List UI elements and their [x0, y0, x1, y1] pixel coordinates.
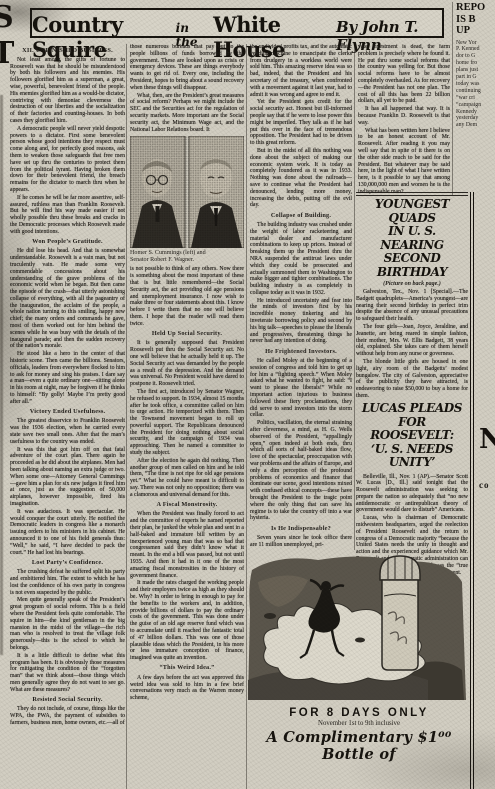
article-paragraph: After the election he again did nothing.… [130, 458, 244, 499]
section-heading: Is He Indispensable? [250, 526, 352, 533]
clipped-report-article: REPO IS B UP New Yor P. Kenned dor to G … [456, 2, 495, 196]
article-paragraph: the undivided profits tax, and the autom… [250, 44, 352, 98]
ad-headline: FOR 8 DAYS ONLY [248, 707, 470, 719]
article-column-3: the undivided profits tax, and the autom… [250, 44, 352, 550]
two-portraits-illustration [130, 136, 244, 248]
article-column-1: XII. UNFINISHED BUSINESS.Not least among… [10, 44, 125, 789]
article-paragraph: The greatest disservice to Franklin Roos… [10, 418, 125, 445]
section-heading: Resisted Social Security. [10, 697, 125, 704]
section-heading: Won People’s Gratitude. [10, 239, 125, 246]
scan-fold-streak [0, 95, 3, 655]
article-paragraph: But in the midst of all this nothing was… [250, 148, 352, 209]
article-masthead-box: Country Squire in the White House By Joh… [30, 8, 444, 38]
section-heading: Lost Party’s Confidence. [10, 560, 125, 567]
column-rule-1 [126, 44, 127, 789]
article-paragraph: It was audacious. It was spectacular. He… [10, 509, 125, 557]
section-heading: Collapse of Building. [250, 213, 352, 220]
clipped-ad-letter: N [479, 424, 495, 455]
column-rule-2 [246, 44, 247, 789]
article-paragraph: When the President was finally forced to… [130, 511, 244, 579]
article-paragraph: It is generally supposed that President … [130, 340, 244, 388]
section-heading: XII. UNFINISHED BUSINESS. [10, 48, 125, 55]
article-column-2-bottom: is not possible to think of any others. … [130, 266, 244, 702]
ad-subline: November 1st to 9th inclusive [248, 720, 470, 727]
section-heading: He Frightened Investors. [250, 349, 352, 356]
portraits-photo [130, 136, 244, 248]
quads-article: YOUNGEST QUADS IN U. S. NEARING SECOND B… [356, 198, 468, 401]
article-paragraph: It was this that got him off on that fat… [10, 447, 125, 508]
article-paragraph: What, then, are the President’s great me… [130, 93, 244, 134]
article-paragraph: The four girls—Joan, Joyce, Jeraldine, a… [356, 324, 468, 358]
article-paragraph: It has all happened that way. It is beca… [358, 106, 450, 126]
newspaper-page: S T Country Squire in the White House By… [0, 0, 495, 789]
article-paragraph: The blonde little girls are housed in on… [356, 359, 468, 400]
article-paragraph: It is a little difficult to define what … [10, 653, 125, 694]
article-paragraph: Seven years since he took office there a… [250, 535, 352, 549]
article-paragraph: He introduced uncertainty and fear into … [250, 298, 352, 346]
clipped-right-ad-box: N co [470, 192, 495, 789]
article-paragraph: Men quite generally speak of the Preside… [10, 597, 125, 651]
article-column-2: those numerous bureaus that pay out to t… [130, 44, 244, 789]
article-paragraph: The first act, introduced by Senator Wag… [130, 389, 244, 457]
lucas-headline: LUCAS PLEADS FOR ROOSEVELT: ‘U. S. NEEDS… [356, 402, 468, 470]
ad-offer-line: A Complimentary $1⁰⁰ Bottle of [248, 729, 470, 763]
left-edge-cutoff-letters: S T [0, 0, 10, 72]
article-paragraph: He did lose his head. And that is somewh… [10, 248, 125, 350]
article-paragraph: He called Moley at the beginning of a se… [250, 358, 352, 419]
article-paragraph: Not least among the gifts of fortune to … [10, 57, 125, 125]
section-heading: Victory Ended Usefulness. [10, 409, 125, 416]
article-paragraph: It made the rates charged the working pe… [130, 580, 244, 662]
column-rule-3 [354, 44, 355, 550]
clipped-report-headline: REPO IS B UP [456, 2, 495, 37]
article-paragraph: Yet the President gets credit for the so… [250, 99, 352, 147]
article-paragraph: The crushing defeat he suffered split hi… [10, 569, 125, 596]
section-heading: “This Weird Idea.” [130, 665, 244, 672]
article-paragraph: is not possible to think of any others. … [130, 266, 244, 327]
quads-headline: YOUNGEST QUADS IN U. S. NEARING SECOND B… [356, 198, 468, 279]
article-paragraph: The building industry was crushed under … [250, 222, 352, 297]
article-paragraph: If he comes he will be far more assertiv… [10, 195, 125, 236]
article-paragraph: They do not include, of course, things l… [10, 706, 125, 726]
article-paragraph: A few days before the act was approved t… [130, 675, 244, 702]
article-paragraph: A democratic people will never yield des… [10, 126, 125, 194]
article-paragraph: Galveston, Tex., Nov. 1 [Special].—The B… [356, 289, 468, 323]
bottle-advertisement: FOR 8 DAYS ONLY November 1st to 9th incl… [248, 552, 470, 789]
article-paragraph: Belleville, Ill., Nov. 1 (AP).—Senator S… [356, 474, 468, 515]
photo-caption: Homer S. Cummings (left) and Senator Rob… [130, 250, 244, 264]
article-paragraph: He stood like a hero in the center of th… [10, 351, 125, 405]
column-rule-4 [452, 2, 453, 196]
quads-kicker: (Picture on back page.) [356, 281, 468, 287]
quads-body: Galveston, Tex., Nov. 1 [Special].—The B… [356, 289, 468, 400]
article-column-4: vate investment is dead, the farm proble… [358, 44, 450, 194]
clipped-ad-text-fragment: co [479, 480, 490, 490]
section-heading: Held Up Social Security. [130, 331, 244, 338]
news-photo: Homer S. Cummings (left) and Senator Rob… [130, 136, 244, 264]
clipped-report-body: New Yor P. Kenned dor to G home fro plan… [456, 40, 495, 130]
section-heading: A Fiscal Monstrosity. [130, 502, 244, 509]
photo-caption-line1: Homer S. Cummings (left) and [130, 250, 206, 256]
photo-caption-line2: Senator Robert F. Wagner. [130, 257, 194, 263]
article-paragraph: those numerous bureaus that pay out to t… [130, 44, 244, 92]
ad-illustration [248, 552, 470, 700]
article-column-2-top: those numerous bureaus that pay out to t… [130, 44, 244, 133]
article-paragraph: Politics, vacillation, the eternal strai… [250, 420, 352, 522]
article-paragraph: vate investment is dead, the farm proble… [358, 44, 450, 105]
article-paragraph: What has been written here I believe to … [358, 128, 450, 194]
